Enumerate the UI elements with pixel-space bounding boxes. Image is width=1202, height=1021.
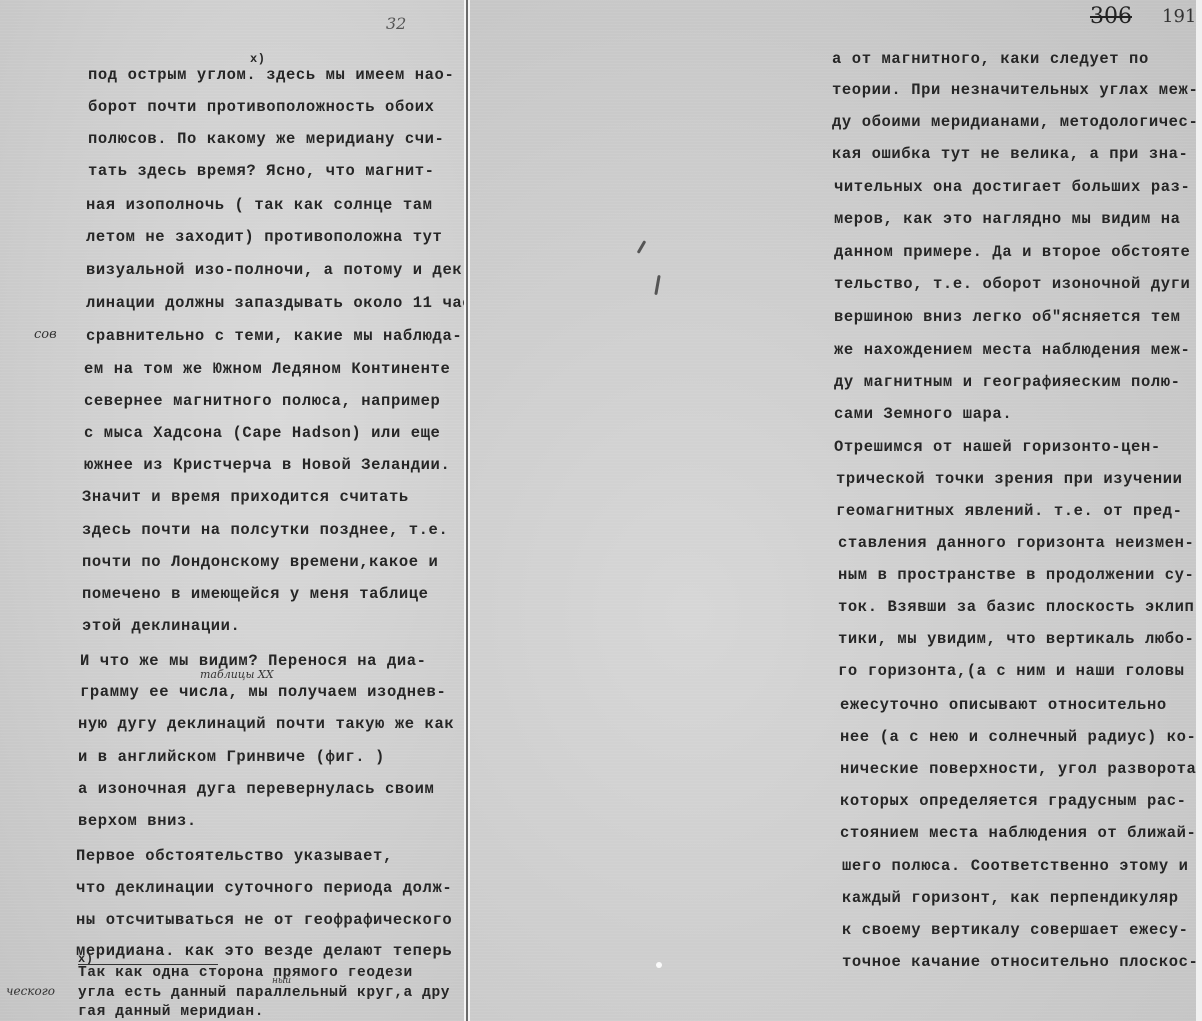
paper-speck — [637, 240, 647, 254]
text-line: почти по Лондонскому времени,какое и — [82, 553, 438, 571]
text-line: ны отсчитываться не от геофрафического — [76, 911, 452, 929]
text-line: этой деклинации. — [82, 617, 240, 635]
left-page: 32 x) под острым углом. здесь мы имеем н… — [0, 0, 466, 1021]
text-line: меров, как это наглядно мы видим на — [834, 210, 1181, 228]
text-line: грамму ее числа, мы получаем изоднев- — [80, 683, 446, 701]
text-line: визуальной изо-полночи, а потому и дек — [86, 261, 462, 279]
text-line: линации должны запаздывать около 11 час. — [86, 294, 466, 312]
handwritten-margin-note: сов — [34, 327, 57, 342]
footnote-line: Так как одна сторона прямого геодези — [78, 964, 413, 982]
handwritten-page-number: 32 — [386, 14, 406, 33]
text-line: теории. При незначительных углах меж- — [832, 81, 1198, 99]
struck-page-number: 306 — [1090, 4, 1132, 29]
text-line: шего полюса. Соответственно этому и — [842, 857, 1189, 875]
text-line: чительных она достигает больших раз- — [834, 178, 1190, 196]
text-line: к своему вертикалу совершает ежесу- — [842, 921, 1189, 939]
text-line: и в английском Гринвиче (фиг. ) — [78, 748, 385, 766]
right-page-edge — [1196, 0, 1202, 1021]
text-line: ду магнитным и географияеским полю- — [834, 373, 1181, 391]
text-line: южнее из Кристчерча в Новой Зеландии. — [84, 456, 450, 474]
footnote-line: угла есть данный параллельный круг,а дру — [78, 984, 450, 1002]
text-line: с мыса Хадсона (Cape Hadson) или еще — [84, 424, 440, 442]
text-line: нее (а с нею и солнечный радиус) ко- — [840, 728, 1196, 746]
text-line: борот почти противоположность обоих — [88, 98, 435, 116]
text-line: ток. Взявши за базис плоскость эклип — [838, 598, 1194, 616]
text-line: нические поверхности, угол разворота — [840, 760, 1196, 778]
text-line: вершиною вниз легко об"ясняется тем — [834, 308, 1181, 326]
text-line: геомагнитных явлений. т.е. от пред- — [836, 502, 1183, 520]
text-line: севернее магнитного полюса, например — [84, 392, 440, 410]
text-line: ная изополночь ( так как солнце там — [86, 196, 433, 214]
text-line: кая ошибка тут не велика, а при зна- — [832, 145, 1188, 163]
text-line: сами Земного шара. — [834, 405, 1012, 423]
text-line: ду обоими меридианами, методологичес- — [832, 113, 1198, 131]
text-line: Отрешимся от нашей горизонто-цен- — [834, 438, 1161, 456]
text-line: ставления данного горизонта неизмен- — [838, 534, 1194, 552]
text-line: тельство, т.е. оборот изоночной дуги — [834, 275, 1190, 293]
handwritten-insertion: таблицы XX — [200, 668, 274, 681]
text-line: трической точки зрения при изучении — [836, 470, 1183, 488]
text-line: же нахождением места наблюдения меж- — [834, 341, 1190, 359]
text-line: а изоночная дуга перевернулась своим — [78, 780, 434, 798]
text-line: а от магнитного, каки следует по — [832, 50, 1149, 68]
text-line: тать здесь время? Ясно, что магнит- — [88, 162, 435, 180]
text-line: тики, мы увидим, что вертикаль любо- — [838, 630, 1194, 648]
footnote-line: гая данный меридиан. — [78, 1003, 264, 1021]
text-line: которых определяется градусным рас- — [840, 792, 1187, 810]
text-line: точное качание относительно плоскос- — [842, 953, 1198, 971]
text-line: сравнительно с теми, какие мы наблюда- — [86, 327, 462, 345]
text-line: помечено в имеющейся у меня таблице — [82, 585, 429, 603]
text-line: меридиана. как это везде делают теперь — [76, 942, 452, 960]
text-line: данном примере. Да и второе обстояте — [834, 243, 1190, 261]
text-line: полюсов. По какому же меридиану счи- — [88, 130, 444, 148]
text-line: под острым углом. здесь мы имеем нао- — [88, 66, 454, 84]
page-edge — [466, 0, 468, 1021]
handwritten-margin-note: ческого — [6, 984, 55, 998]
text-line: ную дугу деклинаций почти такую же как — [78, 715, 454, 733]
text-line: летом не заходит) противоположна тут — [86, 228, 442, 246]
text-line: ежесуточно описывают относительно — [840, 696, 1167, 714]
handwritten-superscript: ный — [272, 976, 291, 986]
paper-hole — [656, 962, 662, 968]
text-line: го горизонта,(а с ним и наши головы — [838, 662, 1185, 680]
text-line: ем на том же Южном Ледяном Континенте — [84, 360, 450, 378]
text-line: стоянием места наблюдения от ближай- — [840, 824, 1196, 842]
text-line: Значит и время приходится считать — [82, 488, 409, 506]
text-line: верхом вниз. — [78, 812, 197, 830]
text-line: каждый горизонт, как перпендикуляр — [842, 889, 1179, 907]
paper-speck — [654, 275, 660, 295]
text-line: ным в пространстве в продолжении су- — [838, 566, 1194, 584]
text-line: Первое обстоятельство указывает, — [76, 847, 393, 865]
text-line: что деклинации суточного периода долж- — [76, 879, 452, 897]
page-number: 191 — [1162, 6, 1196, 27]
text-line: здесь почти на полсутки позднее, т.е. — [82, 521, 448, 539]
